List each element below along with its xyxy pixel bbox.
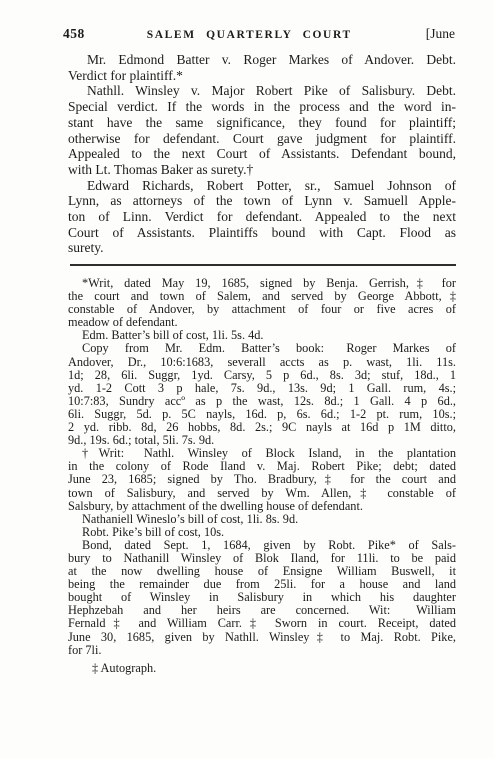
text-line: June 30, 1685, given by Nathll. Winsley‡… (68, 631, 456, 644)
paragraph: Nathll. Winsley v. Major Robert Pike of … (68, 83, 456, 177)
text-line: Lynn, as attorneys of the town of Lynn v… (68, 193, 456, 209)
text-line: yd. 1-2 Cott 3 p hale, 7s. 9d., 13s. 9d;… (68, 382, 456, 395)
autograph-note: ‡ Autograph. (92, 661, 156, 676)
text-line: otherwise for defendant. Court gave judg… (68, 131, 456, 147)
paragraph: Edward Richards, Robert Potter, sr., Sam… (68, 178, 456, 257)
text-line: Bond, dated Sept. 1, 1684, given by Robt… (68, 539, 456, 552)
text-line: for 7li. (68, 644, 456, 657)
text-line: Andover, Dr., 10:6:1683, severall accts … (68, 356, 456, 369)
text-line: Verdict for plaintiff.* (68, 68, 456, 84)
running-head: 458 SALEM QUARTERLY COURT [June (63, 26, 455, 42)
text-line: Fernald‡ and William Carr.‡ Sworn in cou… (68, 617, 456, 630)
book-page: 458 SALEM QUARTERLY COURT [June Mr. Edmo… (0, 0, 494, 758)
paragraph: Copy from Mr. Edm. Batter’s book: Roger … (68, 342, 456, 447)
text-line: Edward Richards, Robert Potter, sr., Sam… (68, 178, 456, 194)
footnote-divider (70, 264, 456, 266)
main-text-section: Mr. Edmond Batter v. Roger Markes of And… (68, 52, 456, 256)
text-line: Nathll. Winsley v. Major Robert Pike of … (68, 83, 456, 99)
text-line: 10:7:83, Sundry accº as p the wast, 12s.… (68, 395, 456, 408)
paragraph: †Writ: Nathl. Winsley of Block Island, i… (68, 447, 456, 512)
paragraph: Robt. Pike’s bill of cost, 10s. (68, 526, 456, 539)
text-line: June 23, 1685; signed by Tho. Bradbury,‡… (68, 473, 456, 486)
text-line: Robt. Pike’s bill of cost, 10s. (68, 526, 456, 539)
text-line: Nathaniell Wineslo’s bill of cost, 1li. … (68, 513, 456, 526)
text-line: surety. (68, 240, 456, 256)
page-number: 458 (63, 26, 85, 42)
text-line: town of Salisbury, and served by Wm. All… (68, 487, 456, 500)
text-line: ton of Linn. Verdict for defendant. Appe… (68, 209, 456, 225)
running-title: SALEM QUARTERLY COURT (147, 29, 352, 41)
text-line: Copy from Mr. Edm. Batter’s book: Roger … (68, 342, 456, 355)
paragraph: Bond, dated Sept. 1, 1684, given by Robt… (68, 539, 456, 657)
text-line: Mr. Edmond Batter v. Roger Markes of And… (68, 52, 456, 68)
text-line: Salsbury, by attachment of the dwelling … (68, 500, 456, 513)
text-line: 1d; 28, 6li. Suggr, 1yd. Carsy, 5 p 6d.,… (68, 369, 456, 382)
paragraph: Nathaniell Wineslo’s bill of cost, 1li. … (68, 513, 456, 526)
text-line: Court of Assistants. Plaintiffs bound wi… (68, 225, 456, 241)
paragraph: Mr. Edmond Batter v. Roger Markes of And… (68, 52, 456, 83)
footnotes-section: *Writ, dated May 19, 1685, signed by Ben… (68, 277, 456, 657)
paragraph: *Writ, dated May 19, 1685, signed by Ben… (68, 277, 456, 329)
text-line: Special verdict. If the words in the pro… (68, 99, 456, 115)
issue-date-marker: [June (426, 26, 455, 42)
text-line: stant have the same significance, they f… (68, 115, 456, 131)
text-line: with Lt. Thomas Baker as surety.† (68, 162, 456, 178)
text-line: Appealed to the next Court of Assistants… (68, 146, 456, 162)
